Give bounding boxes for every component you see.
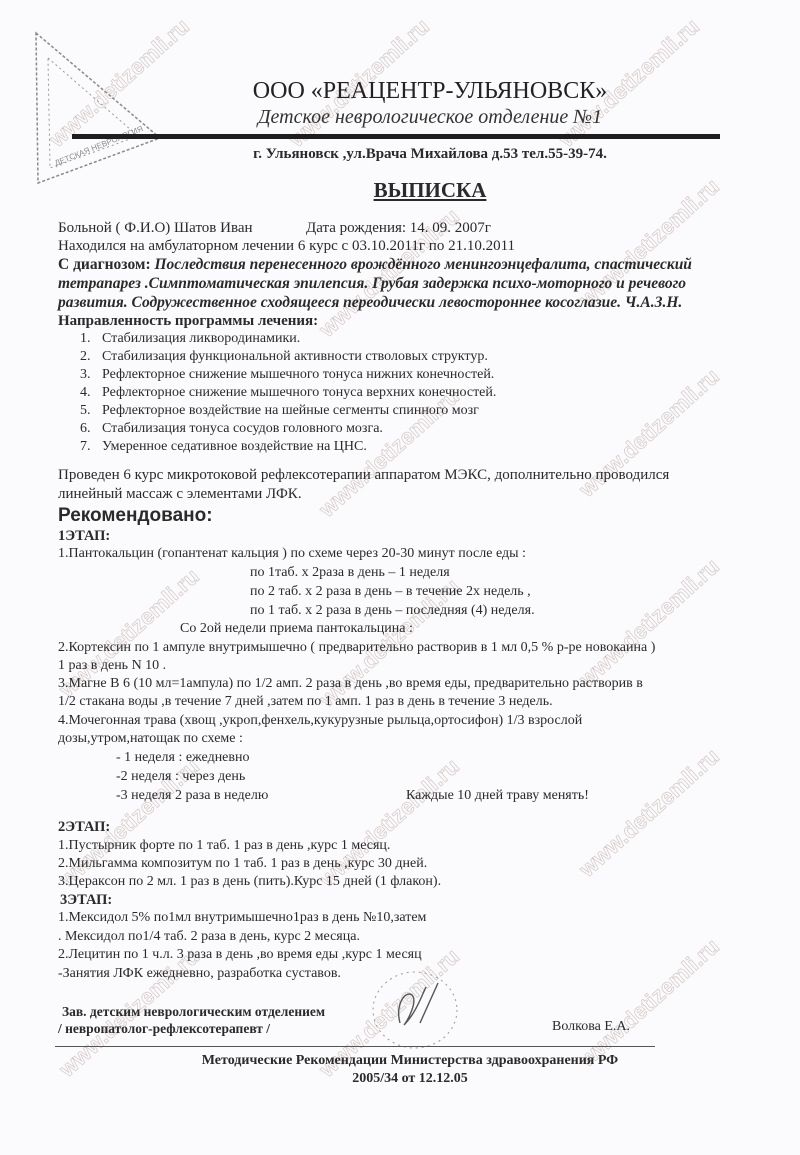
- stage-3-line: . Мексидол по1/4 таб. 2 раза в день, кур…: [58, 929, 360, 945]
- stage-1-heading: 1ЭТАП:: [58, 528, 110, 545]
- summary-line: Проведен 6 курс микротоковой рефлексотер…: [58, 467, 669, 484]
- stage-1-line: Со 2ой недели приема пантокальцина :: [180, 621, 413, 637]
- stage-1-line: -3 неделя 2 раза в неделю: [116, 788, 268, 804]
- stage-1-line: 1 раз в день N 10 .: [58, 658, 166, 674]
- document-title: ВЫПИСКА: [0, 178, 800, 203]
- stage-2-line: 1.Пустырник форте по 1 таб. 1 раз в день…: [58, 838, 390, 854]
- watermark: www.detizemli.ru: [574, 743, 724, 882]
- document-page: www.detizemli.ru www.detizemli.ru www.de…: [0, 0, 800, 1155]
- birth-date: Дата рождения: 14. 09. 2007г: [306, 220, 491, 237]
- summary-line: линейный массаж с элементами ЛФК.: [58, 486, 302, 503]
- list-item: 1.Стабилизация ликвородинамики.: [80, 331, 300, 347]
- list-item: 6.Стабилизация тонуса сосудов головного …: [80, 421, 383, 437]
- stage-1-line: 2.Кортексин по 1 ампуле внутримышечно ( …: [58, 640, 655, 656]
- signatory-position: Зав. детским неврологическим отделением: [62, 1004, 325, 1020]
- signature-stamp-icon: [360, 965, 470, 1055]
- diagnosis-line-2: тетрапарез .Симптоматическая эпилепсия. …: [58, 275, 686, 293]
- list-item: 3.Рефлекторное снижение мышечного тонуса…: [80, 367, 494, 383]
- footer-divider: [55, 1046, 655, 1047]
- signatory-position: / невропатолог-рефлексотерапевт /: [58, 1021, 270, 1037]
- stage-2-heading: 2ЭТАП:: [58, 819, 110, 836]
- stage-3-heading: 3ЭТАП:: [60, 892, 112, 909]
- stage-1-line: 1/2 стакана воды ,в течение 7 дней ,зате…: [58, 694, 553, 710]
- department-name: Детское неврологическое отделение №1: [0, 106, 800, 129]
- stage-1-line: -2 неделя : через день: [116, 769, 245, 785]
- stage-1-line: 3.Магне В 6 (10 мл=1ампула) по 1/2 амп. …: [58, 676, 643, 692]
- stage-2-line: 2.Мильгамма композитум по 1 таб. 1 раз в…: [58, 856, 427, 872]
- patient-name: Больной ( Ф.И.О) Шатов Иван: [58, 220, 253, 237]
- stage-1-line: по 2 таб. х 2 раза в день – в течение 2х…: [250, 584, 531, 600]
- stage-2-line: 3.Цераксон по 2 мл. 1 раз в день (пить).…: [58, 874, 441, 890]
- stage-1-line: - 1 неделя : ежедневно: [116, 750, 250, 766]
- organization-name: ООО «РЕАЦЕНТР-УЛЬЯНОВСК»: [0, 78, 800, 105]
- list-item: 7.Умеренное седативное воздействие на ЦН…: [80, 439, 367, 455]
- address: г. Ульяновск ,ул.Врача Михайлова д.53 те…: [0, 146, 800, 163]
- stage-1-line: Каждые 10 дней траву менять!: [406, 788, 589, 804]
- stage-3-line: -Занятия ЛФК ежедневно, разработка суста…: [58, 966, 341, 982]
- stage-3-line: 2.Лецитин по 1 ч.л. 3 раза в день ,во вр…: [58, 947, 422, 963]
- stage-1-line: по 1 таб. х 2 раза в день – последняя (4…: [250, 603, 535, 619]
- stage-3-line: 1.Мексидол 5% по1мл внутримышечно1раз в …: [58, 910, 426, 926]
- watermark: www.detizemli.ru: [574, 933, 724, 1072]
- footer-line: 2005/34 от 12.12.05: [0, 1071, 800, 1087]
- footer-line: Методические Рекомендации Министерства з…: [0, 1053, 800, 1069]
- stage-1-line: дозы,утром,натощак по схеме :: [58, 731, 243, 747]
- diagnosis-line-1: С диагнозом: Последствия перенесенного в…: [58, 256, 692, 274]
- signatory-name: Волкова Е.А.: [552, 1019, 630, 1035]
- header-divider: [72, 134, 720, 139]
- stage-1-line: по 1таб. х 2раза в день – 1 неделя: [250, 565, 450, 581]
- stage-1-line: 1.Пантокальцин (гопантенат кальция ) по …: [58, 546, 526, 562]
- watermark: www.detizemli.ru: [574, 553, 724, 692]
- stage-1-line: 4.Мочегонная трава (хвощ ,укроп,фенхель,…: [58, 713, 582, 729]
- treatment-period: Находился на амбулаторном лечении 6 курс…: [58, 238, 515, 255]
- list-item: 2.Стабилизация функциональной активности…: [80, 349, 488, 365]
- recommendations-heading: Рекомендовано:: [58, 505, 213, 527]
- list-item: 4.Рефлекторное снижение мышечного тонуса…: [80, 385, 496, 401]
- diagnosis-label: С диагнозом:: [58, 256, 151, 273]
- list-item: 5.Рефлекторное воздействие на шейные сег…: [80, 403, 479, 419]
- diagnosis-line-3: развития. Содружественное сходящееся пер…: [58, 294, 682, 312]
- program-heading: Направленность программы лечения:: [58, 313, 318, 330]
